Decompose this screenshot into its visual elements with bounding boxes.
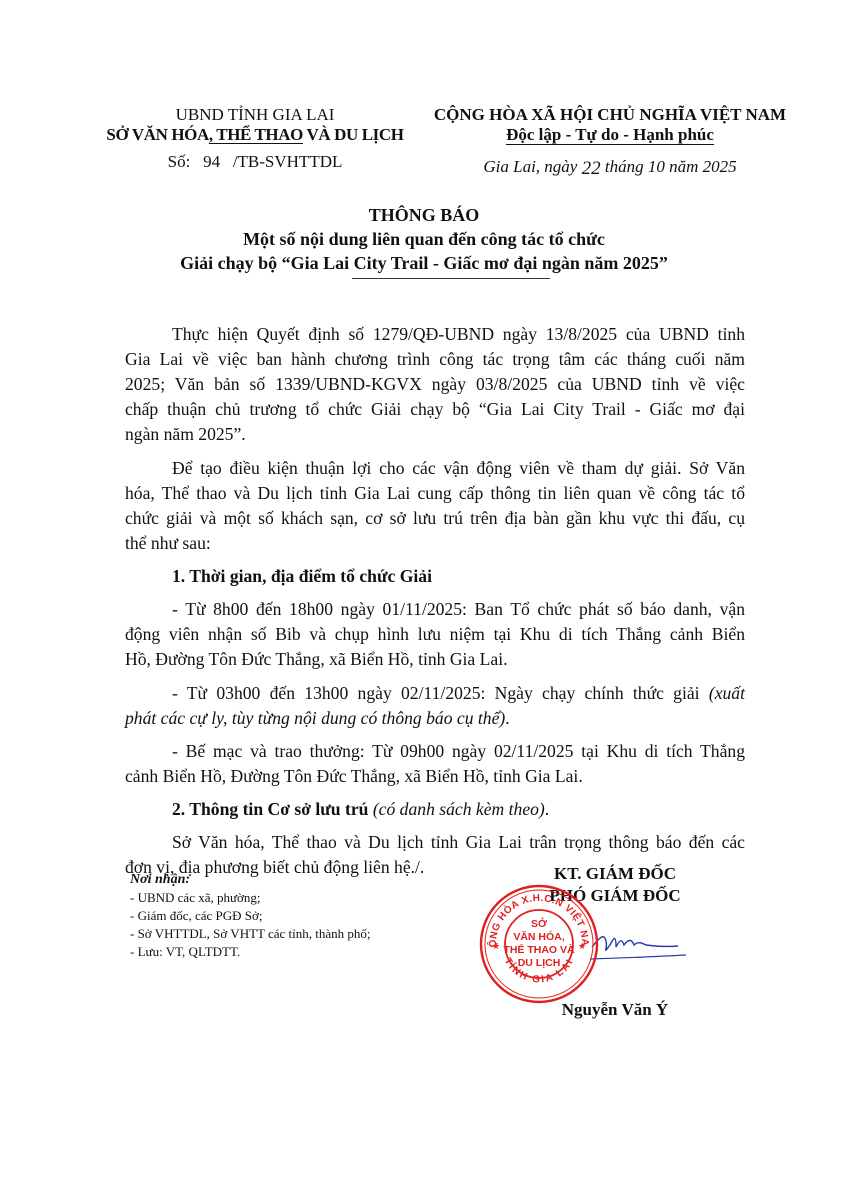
svg-text:★: ★ [492,941,500,951]
nation-title: CỘNG HÒA XÃ HỘI CHỦ NGHĨA VIỆT NAM [405,105,815,125]
date-day: 22 [582,158,601,179]
motto-text: Độc lập - Tự do - Hạnh phúc [506,125,714,145]
item1-line: - Từ 8h00 đến 18h00 ngày 01/11/2025: Ban… [172,599,745,620]
issuing-authority: UBND TỈNH GIA LAI [100,105,410,125]
handwritten-signature-icon [590,925,690,965]
para1-line: chấp thuận chủ trương tổ chức Giải chạy … [125,399,745,420]
svg-text:THỂ THAO VÀ: THỂ THAO VÀ [503,943,575,956]
recipient-item: - Lưu: VT, QLTDTT. [130,943,371,961]
item3-line: cảnh Biển Hồ, Đường Tôn Đức Thắng, xã Bi… [125,766,745,787]
svg-text:★: ★ [578,941,586,951]
number-suffix: /TB-SVHTTDL [233,152,343,171]
section-1-heading: 1. Thời gian, địa điểm tổ chức Giải [172,566,432,587]
department-part3: VÀ DU LỊCH [303,125,404,144]
number-value: 94 [203,152,220,171]
item2-normal: - Từ 03h00 đến 13h00 ngày 02/11/2025: Ng… [172,683,709,703]
recipients-title: Nơi nhận: [130,871,371,889]
para2-line: Để tạo điều kiện thuận lợi cho các vận đ… [172,458,745,479]
item2-end: . [505,708,509,728]
para2-line: chức giải và một số khách sạn, cơ sở lưu… [125,508,745,529]
date-prefix: Gia Lai, ngày [483,157,577,176]
department-part1: SỞ VĂN HÓA [106,125,208,144]
signature-on-behalf: KT. GIÁM ĐỐC [505,864,725,884]
para1-line: Thực hiện Quyết định số 1279/QĐ-UBND ngà… [172,324,745,345]
national-motto: Độc lập - Tự do - Hạnh phúc [405,125,815,145]
date-suffix: tháng 10 năm 2025 [605,157,737,176]
para1-line: 2025; Văn bản số 1339/UBND-KGVX ngày 03/… [125,374,745,395]
section-2-end: . [545,799,549,819]
item1-line: động viên nhận số Bib và chụp hình lưu n… [125,624,745,645]
recipient-item: - UBND các xã, phường; [130,889,371,907]
subject-line-1: Một số nội dung liên quan đến công tác t… [0,229,848,250]
recipient-item: - Giám đốc, các PGĐ Sở; [130,907,371,925]
issuing-department: SỞ VĂN HÓA, THỂ THAO VÀ DU LỊCH [100,125,410,145]
signer-name: Nguyễn Văn Ý [505,1000,725,1020]
svg-text:VĂN HÓA,: VĂN HÓA, [513,930,564,943]
subject-line-2: Giải chạy bộ “Gia Lai City Trail - Giấc … [0,253,848,274]
document-type: THÔNG BÁO [0,205,848,226]
item2-line: phát các cự ly, tùy từng nội dung có thô… [125,708,745,729]
number-label: Số: [168,152,191,171]
section-2-note: (có danh sách kèm theo) [368,799,544,819]
item2-italic: phát các cự ly, tùy từng nội dung có thô… [125,708,505,728]
recipients-block: Nơi nhận: - UBND các xã, phường; - Giám … [130,871,371,961]
official-seal-icon: CỘNG HÒA X.H.C.N VIỆT NAM TỈNH GIA LAI ★… [478,883,600,1005]
item2-italic-start: (xuất [709,683,745,703]
document-number: Số: 94 /TB-SVHTTDL [100,152,410,172]
para1-line: ngàn năm 2025”. [125,424,745,445]
title-divider [352,278,550,279]
recipient-item: - Sở VHTTDL, Sở VHTT các tỉnh, thành phố… [130,925,371,943]
section-2-title: 2. Thông tin Cơ sở lưu trú [172,799,368,819]
department-part2: , THỂ THAO [209,125,303,144]
section-2-heading: 2. Thông tin Cơ sở lưu trú (có danh sách… [172,799,549,820]
para2-line: thể như sau: [125,533,745,554]
svg-text:SỞ: SỞ [531,917,547,930]
issue-date: Gia Lai, ngày 22 tháng 10 năm 2025 [405,156,815,178]
item3-line: - Bế mạc và trao thưởng: Từ 09h00 ngày 0… [172,741,745,762]
item2-line: - Từ 03h00 đến 13h00 ngày 02/11/2025: Ng… [172,683,745,704]
item1-line: Hồ, Đường Tôn Đức Thắng, xã Biển Hồ, tỉn… [125,649,745,670]
para2-line: hóa, Thể thao và Du lịch tỉnh Gia Lai cu… [125,483,745,504]
closing-line: Sở Văn hóa, Thể thao và Du lịch tỉnh Gia… [172,832,745,853]
para1-line: Gia Lai về việc ban hành chương trình cô… [125,349,745,370]
svg-text:DU LỊCH: DU LỊCH [518,957,561,969]
